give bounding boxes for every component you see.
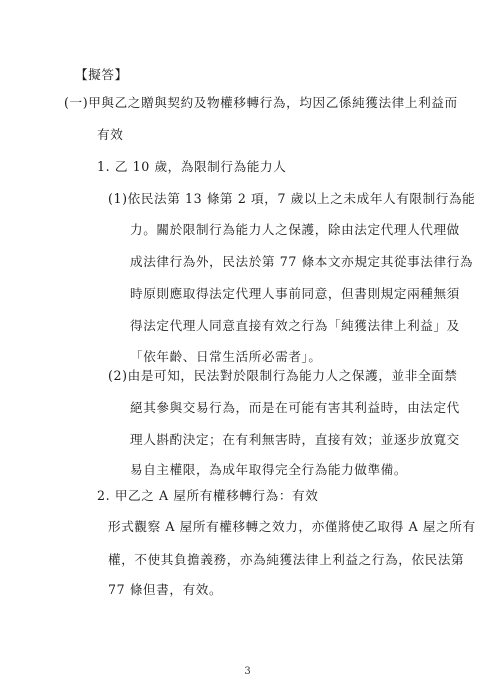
item-1-sub-2-line-1: (2)由是可知，民法對於限制行為能力人之保護，並非全面禁 (108, 368, 457, 384)
item-1-title: 1. 乙 10 歲，為限制行為能力人 (97, 159, 286, 175)
item-2-body-line-1: 形式觀察 A 屋所有權移轉之效力，亦僅將使乙取得 A 屋之所有 (108, 519, 476, 535)
item-1-sub-1-line-2: 力。關於限制行為能力人之保護，除由法定代理人代理做 (130, 222, 460, 238)
item-2-body-line-3: 77 條但書，有效。 (108, 582, 222, 598)
item-2-body-line-2: 權，不使其負擔義務，亦為純獲法律上利益之行為，依民法第 (108, 552, 464, 568)
item-1-sub-1-line-1: (1)依民法第 13 條第 2 項，7 歲以上之未成年人有限制行為能 (108, 191, 475, 207)
item-2-title: 2. 甲乙之 A 屋所有權移轉行為：有效 (97, 488, 318, 504)
answer-heading: 【擬答】 (75, 67, 128, 83)
section-one-line-2: 有效 (97, 127, 123, 143)
item-1-sub-1-line-6: 「依年齡、日常生活所必需者」。 (130, 349, 322, 365)
item-1-sub-2-line-2: 絕其參與交易行為，而是在可能有害其利益時，由法定代 (130, 400, 460, 416)
document-page: 【擬答】 (一)甲與乙之贈與契約及物權移轉行為，均因乙係純獲法律上利益而 有效 … (0, 0, 495, 700)
item-1-sub-2-line-4: 易自主權限，為成年取得完全行為能力做準備。 (130, 462, 407, 478)
item-1-sub-2-line-3: 理人斟酌決定；在有利無害時，直接有效；並逐步放寬交 (130, 432, 460, 448)
item-1-sub-1-line-4: 時原則應取得法定代理人事前同意，但書則規定兩種無須 (130, 286, 460, 302)
page-number: 3 (0, 666, 495, 677)
section-one-line-1: (一)甲與乙之贈與契約及物權移轉行為，均因乙係純獲法律上利益而 (64, 95, 458, 111)
item-1-sub-1-line-5: 得法定代理人同意直接有效之行為「純獲法律上利益」及 (130, 318, 460, 334)
item-1-sub-1-line-3: 成法律行為外，民法於第 77 條本文亦規定其從事法律行為 (130, 254, 473, 270)
